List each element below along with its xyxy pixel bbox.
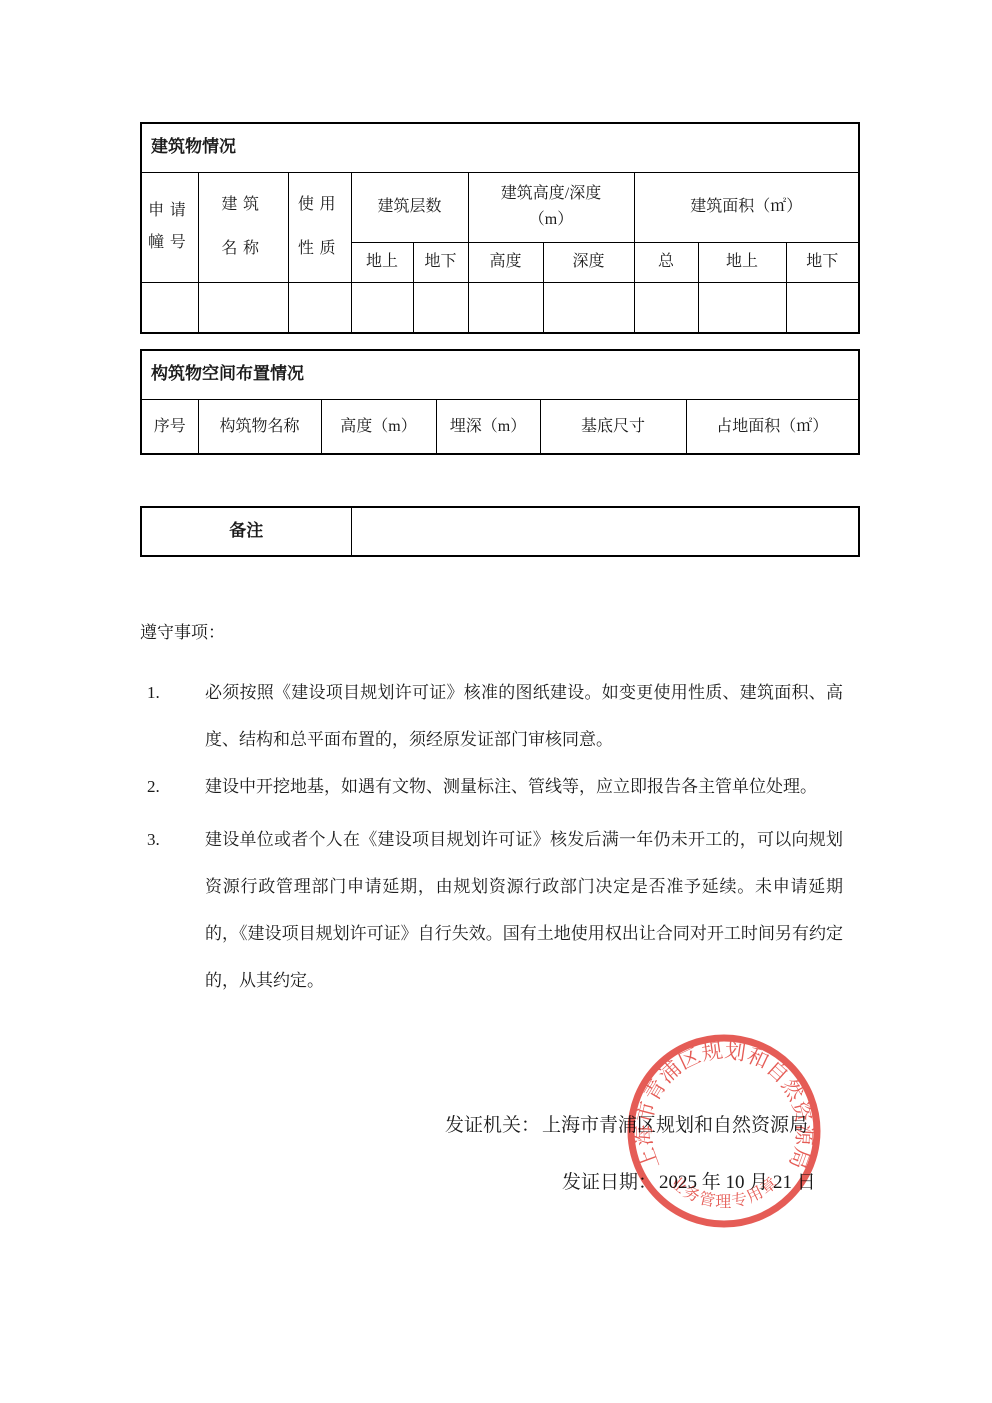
empty-cell — [468, 282, 543, 333]
remark-content-cell — [351, 507, 859, 556]
header-depth: 深度 — [543, 242, 634, 282]
empty-cell — [634, 282, 698, 333]
empty-cell — [786, 282, 859, 333]
issuing-authority-label: 发证机关： — [445, 1115, 540, 1136]
header-group-floor-area: 建筑面积（㎡） — [634, 172, 859, 242]
header-building-name: 建筑 名称 — [198, 172, 288, 282]
header-buried-depth: 埋深（m） — [436, 399, 540, 454]
building-info-table: 建筑物情况 申请 幢号 建筑 名称 使用 性质 建筑层数 建筑高度/深度 （m）… — [140, 122, 860, 334]
issuing-authority-line: 发证机关：上海市青浦区规划和自然资源局 — [445, 1113, 808, 1139]
building-empty-data-row — [141, 282, 859, 333]
header-floors-above: 地上 — [351, 242, 413, 282]
header-structure-name: 构筑物名称 — [198, 399, 321, 454]
remark-label: 备注 — [141, 507, 351, 556]
note-text: 必须按照《建设项目规划许可证》核准的图纸建设。如变更使用性质、建筑面积、高度、结… — [205, 669, 843, 763]
empty-cell — [288, 282, 351, 333]
note-number: 2. — [140, 763, 205, 810]
note-number: 3. — [140, 816, 205, 863]
header-height: 高度 — [468, 242, 543, 282]
remark-table: 备注 — [140, 506, 860, 557]
note-item-2: 2. 建设中开挖地基，如遇有文物、测量标注、管线等，应立即报告各主管单位处理。 — [140, 763, 846, 810]
empty-cell — [413, 282, 468, 333]
header-apply-building-no: 申请 幢号 — [141, 172, 198, 282]
header-base-size: 基底尺寸 — [540, 399, 686, 454]
issuing-authority-value: 上海市青浦区规划和自然资源局 — [542, 1115, 808, 1136]
note-number: 1. — [140, 669, 205, 716]
header-group-height-depth: 建筑高度/深度 （m） — [468, 172, 634, 242]
empty-cell — [698, 282, 786, 333]
structure-layout-table: 构筑物空间布置情况 序号 构筑物名称 高度（m） 埋深（m） 基底尺寸 占地面积… — [140, 349, 860, 455]
header-floors-below: 地下 — [413, 242, 468, 282]
header-area-below: 地下 — [786, 242, 859, 282]
compliance-notes-section: 遵守事项： 1. 必须按照《建设项目规划许可证》核准的图纸建设。如变更使用性质、… — [140, 609, 846, 1004]
note-item-3: 3. 建设单位或者个人在《建设项目规划许可证》核发后满一年仍未开工的，可以向规划… — [140, 816, 846, 1004]
document-page: 建筑物情况 申请 幢号 建筑 名称 使用 性质 建筑层数 建筑高度/深度 （m）… — [0, 0, 992, 1403]
stamp-arc-text: 上海市青浦区规划和自然资源局 — [632, 1038, 817, 1172]
empty-cell — [543, 282, 634, 333]
note-text: 建设中开挖地基，如遇有文物、测量标注、管线等，应立即报告各主管单位处理。 — [205, 763, 843, 810]
header-serial-no: 序号 — [141, 399, 198, 454]
note-text: 建设单位或者个人在《建设项目规划许可证》核发后满一年仍未开工的，可以向规划资源行… — [205, 816, 843, 1004]
structure-table-title: 构筑物空间布置情况 — [141, 350, 859, 399]
note-item-1: 1. 必须按照《建设项目规划许可证》核准的图纸建设。如变更使用性质、建筑面积、高… — [140, 669, 846, 763]
issue-date-value: 2025 年 10 月 21 日 — [659, 1172, 816, 1193]
header-group-floors: 建筑层数 — [351, 172, 468, 242]
header-footprint-area: 占地面积（㎡） — [686, 399, 859, 454]
svg-text:上海市青浦区规划和自然资源局: 上海市青浦区规划和自然资源局 — [632, 1038, 817, 1172]
header-usage-nature: 使用 性质 — [288, 172, 351, 282]
header-area-above: 地上 — [698, 242, 786, 282]
header-area-total: 总 — [634, 242, 698, 282]
issue-date-line: 发证日期：2025 年 10 月 21 日 — [562, 1170, 816, 1196]
notes-heading: 遵守事项： — [140, 609, 846, 656]
empty-cell — [351, 282, 413, 333]
issue-date-label: 发证日期： — [562, 1172, 657, 1193]
header-structure-height: 高度（m） — [321, 399, 436, 454]
empty-cell — [141, 282, 198, 333]
building-table-title: 建筑物情况 — [141, 123, 859, 172]
empty-cell — [198, 282, 288, 333]
